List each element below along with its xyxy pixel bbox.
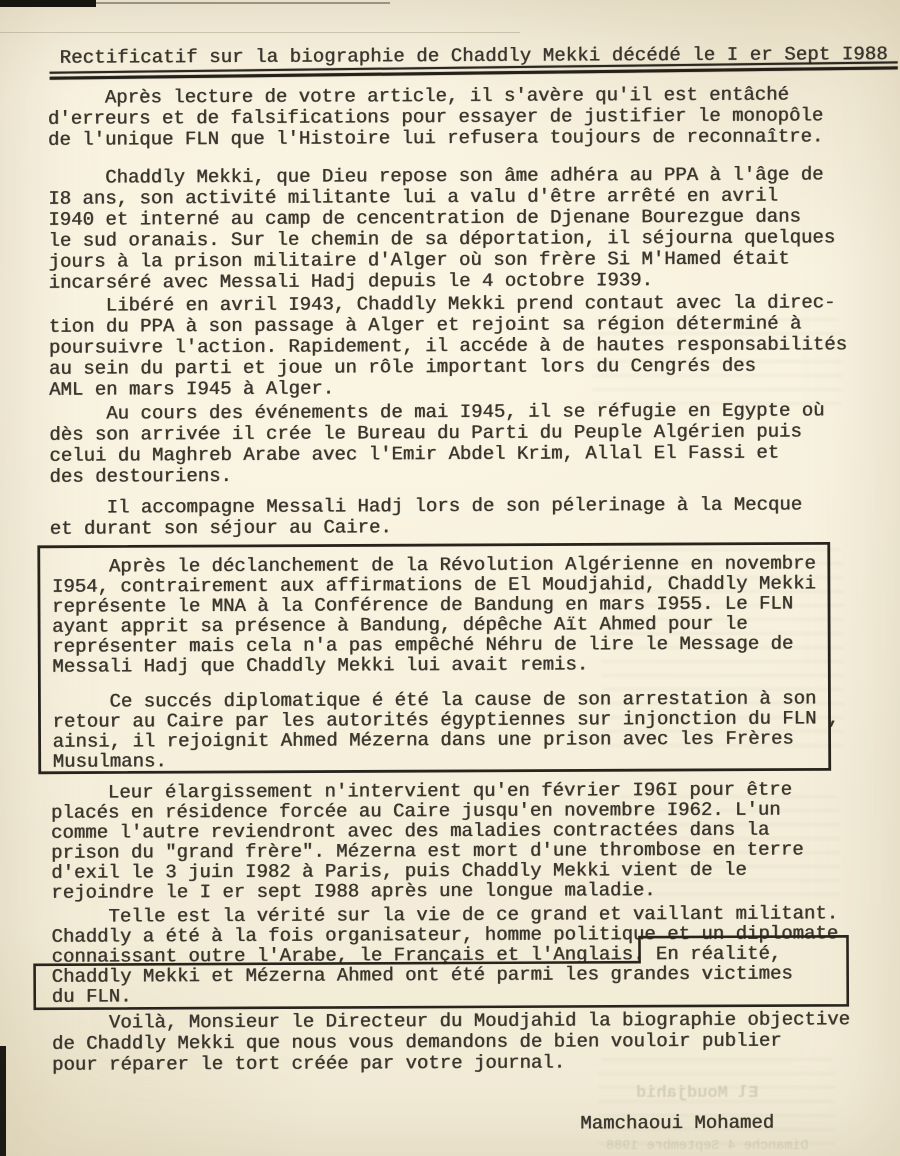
paragraph-intro: Après lecture de votre article, il s'avè… — [48, 84, 878, 151]
scan-artifact-top-bar — [0, 0, 96, 7]
signature: Mamchaoui Mohamed — [580, 1113, 774, 1135]
paragraph-egypt-1945: Au cours des événements de mai I945, il … — [49, 400, 879, 488]
paragraph-conclusion: Telle est la vérité sur la vie de ce gra… — [51, 903, 891, 1007]
paragraph-arrest-boxed: Ce succés diplomatique é été la cause de… — [52, 688, 892, 772]
typewritten-content: Rectificatif sur la biographie de Chaddl… — [0, 0, 900, 1156]
paragraph-release-1961: Leur élargissement n'intervient qu'en fé… — [51, 779, 882, 903]
paragraph-request-publish: Voilà, Monsieur le Directeur du Moudjahi… — [52, 1009, 892, 1076]
scan-artifact-left-strip — [0, 1046, 6, 1156]
paragraph-pilgrimage: Il accompagne Messali Hadj lors de son p… — [50, 494, 880, 540]
bleedthrough-text-date: Dimanche 4 Septembre 1988 — [606, 1139, 809, 1154]
bleedthrough-text-moudjahid: El Moudjahid — [636, 1084, 758, 1103]
paragraph-bandung-boxed: Après le déclanchement de la Révolution … — [52, 553, 843, 676]
paragraph-liberation-1943: Libéré en avril I943, Chaddly Mekki pren… — [49, 292, 889, 401]
scanned-letter-page: Rectificatif sur la biographie de Chaddl… — [0, 0, 900, 1156]
scan-artifact-top-line — [90, 2, 390, 4]
scan-artifact-crease — [0, 32, 520, 33]
paragraph-ppa-arrest: Chaddly Mekki, que Dieu repose son âme a… — [48, 164, 879, 294]
